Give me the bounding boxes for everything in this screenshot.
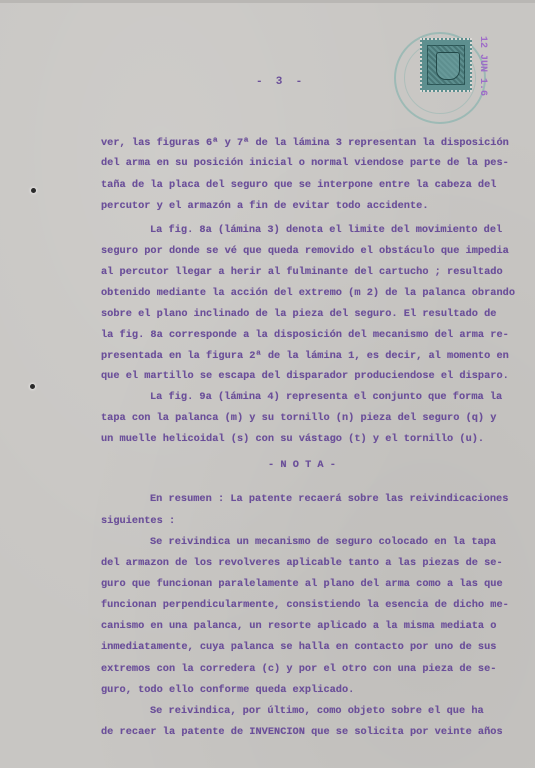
text-line: del arma en su posición inicial o normal… <box>101 157 509 169</box>
text-line: de recaer la patente de INVENCION que se… <box>101 726 503 738</box>
text-line: guro que funcionan paralelamente al plan… <box>101 578 503 590</box>
text-line: taña de la placa del seguro que se inter… <box>101 179 496 191</box>
text-line: sobre el plano inclinado de la pieza del… <box>101 308 496 320</box>
revenue-stamp-icon <box>420 38 472 92</box>
text-line: guro, todo ello conforme queda explicado… <box>101 684 354 696</box>
text-line: siguientes : <box>101 515 175 527</box>
text-line: inmediatamente, cuya palanca se halla en… <box>101 641 496 653</box>
text-line: ver, las figuras 6ª y 7ª de la lámina 3 … <box>101 137 509 149</box>
stamp-emblem-icon <box>436 52 460 80</box>
page-number: - 3 - <box>256 76 302 88</box>
page-top-edge <box>0 0 535 3</box>
text-line: La fig. 8a (lámina 3) denota el limite d… <box>150 224 502 236</box>
text-line: En resumen : La patente recaerá sobre la… <box>150 493 508 505</box>
text-line: del armazon de los revolveres aplicable … <box>101 557 503 569</box>
text-line: obtenido mediante la acción del extremo … <box>101 287 515 299</box>
punch-hole-icon <box>30 384 35 389</box>
text-line: extremos con la corredera (c) y por el o… <box>101 663 496 675</box>
text-line: presentada en la figura 2ª de la lámina … <box>101 350 509 362</box>
text-line: funcionan perpendicularmente, consistien… <box>101 599 509 611</box>
text-line: al percutor llegar a herir al fulminante… <box>101 266 503 278</box>
document-page: 12 JUN 1.6 - 3 - ver, las figuras 6ª y 7… <box>0 0 535 768</box>
text-line: percutor y el armazón a fin de evitar to… <box>101 200 429 212</box>
text-line: tapa con la palanca (m) y su tornillo (n… <box>101 412 496 424</box>
stamp-cancel-mark: 12 JUN 1.6 <box>476 36 488 96</box>
text-line: un muelle helicoidal (s) con su vástago … <box>101 433 484 445</box>
text-line: seguro por donde se vé que queda removid… <box>101 245 509 257</box>
section-heading: - N O T A - <box>268 459 336 471</box>
text-line: Se reivindica un mecanismo de seguro col… <box>150 536 496 548</box>
text-line: que el martillo se escapa del disparador… <box>101 370 509 382</box>
text-line: Se reivindica, por último, como objeto s… <box>150 705 484 717</box>
text-line: La fig. 9a (lámina 4) representa el conj… <box>150 391 502 403</box>
text-line: la fig. 8a corresponde a la disposición … <box>101 329 509 341</box>
punch-hole-icon <box>31 188 36 193</box>
text-line: canismo en una palanca, un resorte aplic… <box>101 620 496 632</box>
